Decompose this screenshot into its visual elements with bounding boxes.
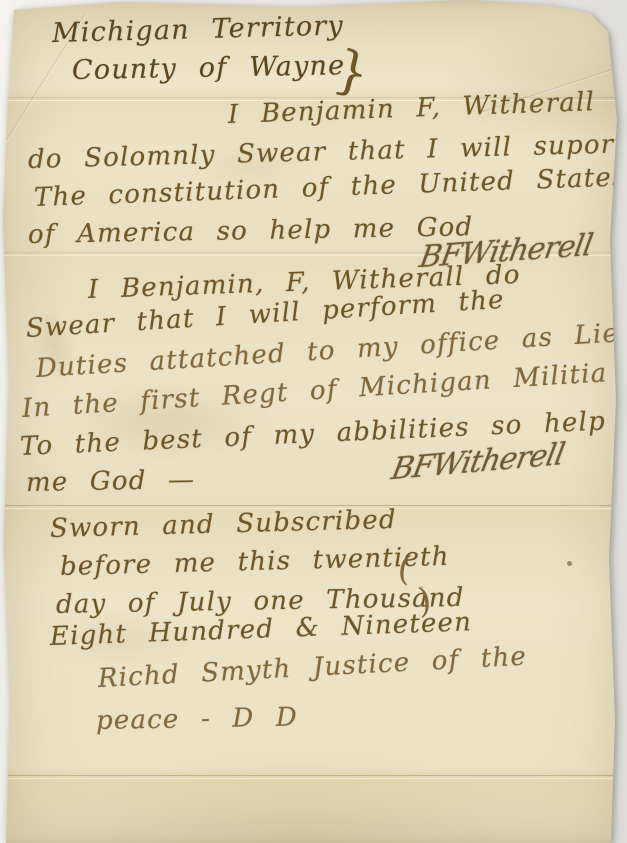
document-paper: Michigan Territory County of Wayne } I B… bbox=[0, 0, 627, 843]
scan-background: { "manuscript": { "description": "Handwr… bbox=[0, 0, 627, 843]
attestation-line-2: before me this twentieth bbox=[60, 542, 450, 582]
fold-crease-bottom bbox=[0, 775, 627, 778]
smyth-signature-line-2: peace - D D bbox=[96, 702, 298, 736]
heading-county: County of Wayne bbox=[72, 50, 346, 86]
oath2-line-6: me God — bbox=[26, 465, 196, 498]
smyth-signature-line-1: Richd Smyth Justice of the bbox=[97, 642, 528, 694]
attestation-line-1: Sworn and Subscribed bbox=[50, 505, 398, 544]
oath1-line-1: I Benjamin F, Witherall bbox=[227, 87, 595, 130]
paper-speck bbox=[567, 561, 572, 566]
heading-territory: Michigan Territory bbox=[52, 10, 345, 49]
document-paper-wrapper: Michigan Territory County of Wayne } I B… bbox=[0, 0, 627, 843]
oath1-line-4: of America so help me God bbox=[28, 212, 474, 250]
